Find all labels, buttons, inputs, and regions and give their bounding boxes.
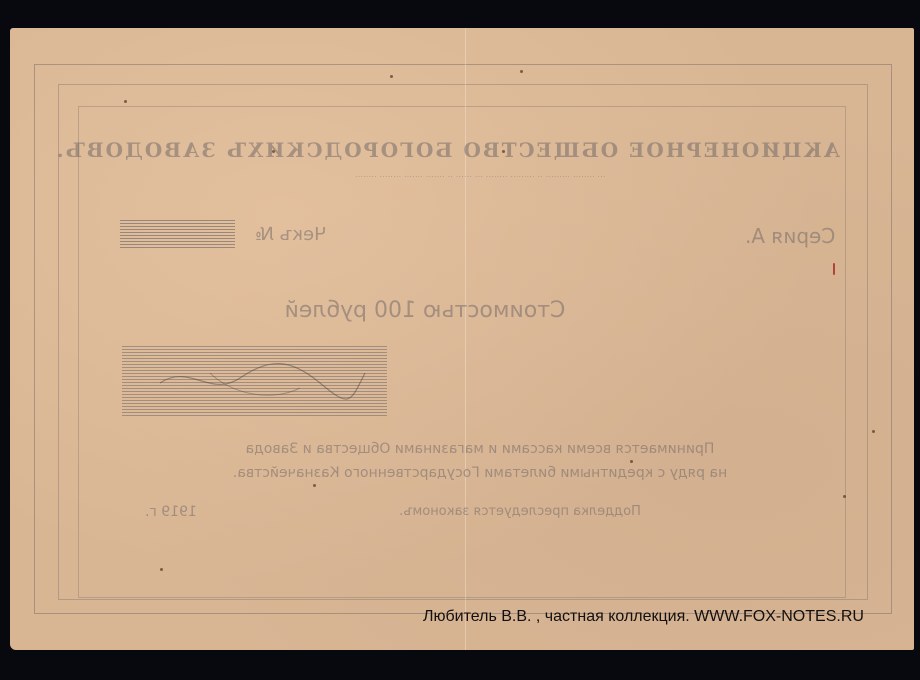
mirrored-value: Стоимостью 100 рублей [260,298,590,323]
speck [124,100,127,103]
hatched-number-box [120,220,235,250]
speck [390,75,393,78]
collection-caption: Любитель В.В. , частная коллекция. WWW.F… [423,608,864,626]
speck [313,484,316,487]
speck [520,70,523,73]
fold-line [465,28,466,650]
red-ink-mark [833,263,835,275]
speck [272,150,275,153]
speck [160,568,163,571]
speck [843,495,846,498]
speck [630,460,633,463]
mirrored-text-line-2: на ряду с кредитными билетами Государств… [130,465,830,481]
speck [502,150,505,153]
mirrored-check-number: Чекъ № [255,224,385,245]
signature-scribble [150,353,370,408]
mirrored-text-line-1: Принимается всеми кассами и магазинами О… [130,441,830,457]
banknote-paper: АКЦИОНЕРНОЕ ОБЩЕСТВО БОГОРОДСКИХЪ ЗАВОДО… [10,28,914,650]
mirrored-subheader: ··· ········ ········· ·· ········· ····… [120,173,840,181]
mirrored-series: Серия А. [745,224,835,248]
mirrored-warning: Подделка преследуется закономъ. [370,504,670,519]
mirrored-header: АКЦИОНЕРНОЕ ОБЩЕСТВО БОГОРОДСКИХЪ ЗАВОДО… [120,138,840,162]
speck [872,430,875,433]
mirrored-year: 1919 г. [145,504,197,520]
